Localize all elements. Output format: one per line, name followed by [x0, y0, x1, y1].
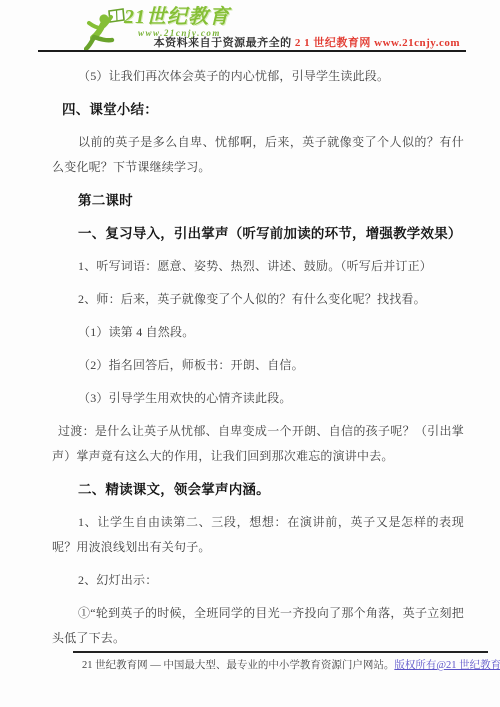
paragraph: （2）指名回答后，师板书：开朗、自信。	[52, 353, 464, 378]
section-heading: 四、课堂小结：	[52, 97, 464, 122]
document-page: 21世纪教育 www.21cnjy.com 本资料来自于资源最齐全的 2 1 世…	[0, 0, 500, 707]
paragraph: （3）引导学生用欢快的心情齐读此段。	[52, 386, 464, 411]
footer-site-description: 21 世纪教育网 — 中国最大型、最专业的中小学教育资源门户网站。	[82, 657, 394, 672]
paragraph: 1、让学生自由读第二、三段，想想：在演讲前，英子又是怎样的表现呢？用波浪线划出有…	[52, 510, 464, 560]
paragraph: （5）让我们再次体会英子的内心忧郁，引导学生读此段。	[52, 64, 464, 89]
paragraph: ①“轮到英子的时候，全班同学的目光一齐投向了那个角落，英子立刻把头低了下去。	[52, 601, 464, 651]
copyright-link[interactable]: 版权所有@21 世纪教育网	[394, 657, 500, 672]
paragraph: 1、听写词语：愿意、姿势、热烈、讲述、鼓励。（听写后并订正）	[52, 254, 464, 279]
tagline-red-text: 2 1 世纪教育网 www.21cnjy.com	[295, 37, 460, 49]
tagline-black-text: 本资料来自于资源最齐全的	[154, 37, 292, 49]
paragraph: 以前的英子是多么自卑、忧郁啊，后来，英子就像变了个人似的？有什么变化呢？下节课继…	[52, 130, 464, 180]
section-heading: 二、精读课文，领会掌声内涵。	[52, 477, 464, 502]
header-tagline: 本资料来自于资源最齐全的 2 1 世纪教育网 www.21cnjy.com	[154, 34, 460, 50]
document-body: （5）让我们再次体会英子的内心忧郁，引导学生读此段。四、课堂小结：以前的英子是多…	[0, 52, 500, 659]
paragraph: 2、师：后来，英子就像变了个人似的？有什么变化呢？找找看。	[52, 287, 464, 312]
section-heading: 一、复习导入，引出掌声（听写前加读的环节，增强教学效果）	[52, 221, 464, 246]
paragraph: 2、幻灯出示：	[52, 568, 464, 593]
paragraph: 过渡：是什么让英子从忧郁、自卑变成一个开朗、自信的孩子呢？（引出掌声）掌声竟有这…	[52, 419, 464, 469]
paragraph: （1）读第 4 自然段。	[52, 320, 464, 345]
section-heading: 第二课时	[52, 188, 464, 213]
brand-name: 21世纪教育	[124, 6, 230, 28]
page-footer: 21 世纪教育网 — 中国最大型、最专业的中小学教育资源门户网站。 版权所有@2…	[73, 651, 488, 672]
